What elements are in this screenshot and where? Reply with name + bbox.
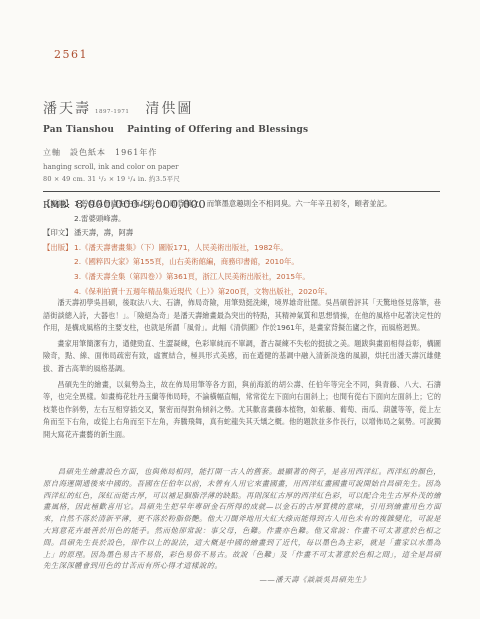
lot-number: 2561 xyxy=(54,48,88,61)
divider-rule xyxy=(43,191,440,192)
seals-text: 潘天壽，壽，阿壽 xyxy=(74,226,441,241)
title-line: 潘天壽1897-1971清供圖 xyxy=(43,98,440,118)
dimensions-line: 80 × 49 cm. 31 ¹/₂ × 19 ¹/₄ in. 約3.5平尺 xyxy=(43,174,440,183)
catalog-page: 2561 潘天壽1897-1971清供圖 Pan TianshouPaintin… xyxy=(0,0,480,619)
medium-line-en: hanging scroll, ink and color on paper xyxy=(43,163,440,171)
inscription-item-1: 1.曾見吳缶廬先生有此設色，即背擬之，而筆墨意趣則全不相同臭。六一年辛丑初冬，頤… xyxy=(74,197,441,212)
essay-paragraph-1: 潘天壽初學吳昌碩，後取法八大、石濤，佈局奇險，用筆勁挺洗練，境界雄奇壯闊。吳昌碩… xyxy=(43,297,441,335)
lot-header: 潘天壽1897-1971清供圖 Pan TianshouPainting of … xyxy=(43,98,440,212)
inscription-content: 1.曾見吳缶廬先生有此設色，即背擬之，而筆墨意趣則全不相同臭。六一年辛丑初冬，頤… xyxy=(74,197,441,226)
publication-item-3: 3.《潘天壽全集（第四卷）》第361頁，浙江人民美術出版社，2015年。 xyxy=(74,270,441,285)
lot-essay: 潘天壽初學吳昌碩，後取法八大、石濤，佈局奇險，用筆勁挺洗練，境界雄奇壯闊。吳昌碩… xyxy=(43,297,441,445)
catalog-details: 【題識】 1.曾見吳缶廬先生有此設色，即背擬之，而筆墨意趣則全不相同臭。六一年辛… xyxy=(43,197,441,299)
publication-item-1: 1.《潘天壽書畫集》（下）圖版171，人民美術出版社，1982年。 xyxy=(74,241,441,256)
publication-content: 1.《潘天壽書畫集》（下）圖版171，人民美術出版社，1982年。 2.《國粹四… xyxy=(74,241,441,299)
inscription-row: 【題識】 1.曾見吳缶廬先生有此設色，即背擬之，而筆墨意趣則全不相同臭。六一年辛… xyxy=(43,197,441,226)
quote-paragraph: 昌碩先生繪畫設色方面，也與佈局相同，能打開一古人的舊套。最顯著的例子，是喜用西洋… xyxy=(43,466,441,572)
quote-attribution: ——潘天壽《談談吳昌碩先生》 xyxy=(260,574,370,585)
inscription-item-2: 2.雷婆頭峰壽。 xyxy=(74,212,441,227)
artwork-title-en: Painting of Offering and Blessings xyxy=(127,125,308,135)
title-line-en: Pan TianshouPainting of Offering and Ble… xyxy=(43,125,440,135)
artist-name-cn: 潘天壽 xyxy=(43,101,91,117)
publication-item-2: 2.《國粹四大家》第155頁，山右美術館編，商務印書館，2010年。 xyxy=(74,255,441,270)
seals-row: 【印文】 潘天壽，壽，阿壽 xyxy=(43,226,441,241)
artist-name-en: Pan Tianshou xyxy=(43,125,114,135)
publication-label: 【出版】 xyxy=(43,241,74,256)
seals-label: 【印文】 xyxy=(43,226,74,241)
publication-row: 【出版】 1.《潘天壽書畫集》（下）圖版171，人民美術出版社，1982年。 2… xyxy=(43,241,441,299)
artwork-title-cn: 清供圖 xyxy=(145,101,193,117)
inscription-label: 【題識】 xyxy=(43,197,74,212)
medium-line-cn: 立軸 設色紙本 1961年作 xyxy=(43,147,440,158)
essay-paragraph-3: 昌碩先生的繪畫，以氣勢為主，故在佈局用筆等各方面，與前海派的胡公壽、任伯年等完全… xyxy=(43,379,441,442)
artist-dates: 1897-1971 xyxy=(95,109,129,115)
essay-paragraph-2: 畫家用筆簡潔有力，遒健勁直、生澀凝練，色彩單純而不單調，蒼古凝練不失松的挺拔之美… xyxy=(43,338,441,376)
